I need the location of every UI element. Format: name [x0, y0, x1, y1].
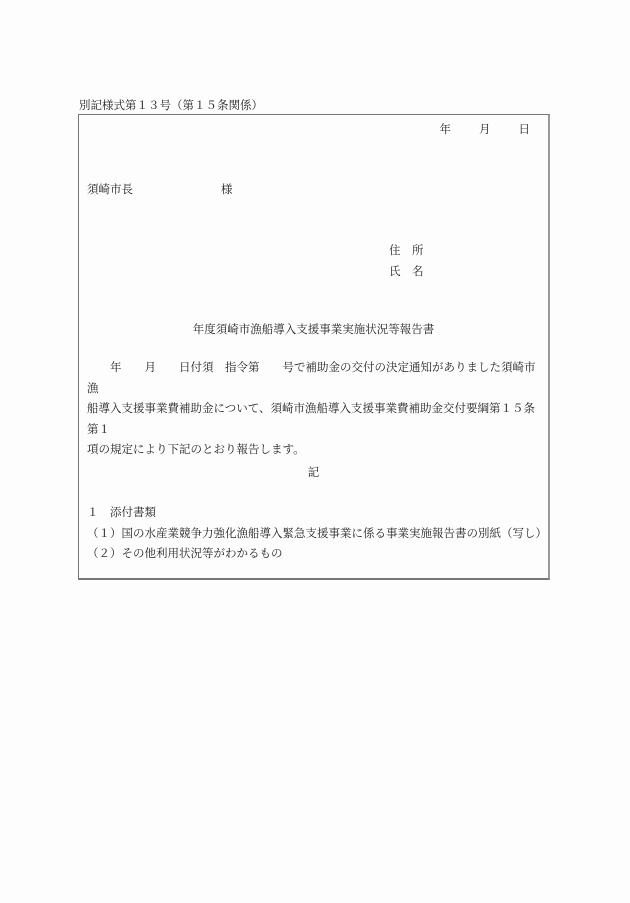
addressee: 須崎市長 様 [87, 181, 133, 197]
date-month: 月 [479, 121, 491, 137]
date-year: 年 [440, 121, 452, 137]
addressee-honorific: 様 [221, 181, 233, 197]
form-number: 別記様式第１３号（第１５条関係） [79, 97, 263, 113]
addressee-name: 須崎市長 [87, 182, 133, 196]
document-title: 年度須崎市漁船導入支援事業実施状況等報告書 [79, 321, 548, 337]
body-paragraph: 年 月 日付須 指令第 号で補助金の交付の決定通知がありました須崎市漁 船導入支… [87, 357, 545, 460]
body-line: 項の規定により下記のとおり報告します。 [87, 439, 545, 460]
attachments-section: １ 添付書類 （１）国の水産業競争力強化漁船導入緊急支援事業に係る事業実施報告書… [87, 502, 547, 564]
applicant-block: 住 所 氏 名 [389, 240, 424, 282]
date-line: 年月日 [440, 121, 531, 137]
address-label: 住 所 [389, 240, 424, 261]
body-line: 年 月 日付須 指令第 号で補助金の交付の決定通知がありました須崎市漁 [87, 357, 545, 398]
name-label: 氏 名 [389, 261, 424, 282]
attachments-heading: １ 添付書類 [87, 502, 547, 523]
date-day: 日 [519, 121, 531, 137]
report-form-box: 年月日 須崎市長 様 住 所 氏 名 年度須崎市漁船導入支援事業実施状況等報告書… [78, 114, 550, 580]
attachment-item: （２）その他利用状況等がわかるもの [87, 543, 547, 564]
attachment-item: （１）国の水産業競争力強化漁船導入緊急支援事業に係る事業実施報告書の別紙（写し） [87, 523, 547, 544]
body-line: 船導入支援事業費補助金について、須崎市漁船導入支援事業費補助金交付要綱第１５条第… [87, 398, 545, 439]
ki-heading: 記 [79, 464, 548, 480]
